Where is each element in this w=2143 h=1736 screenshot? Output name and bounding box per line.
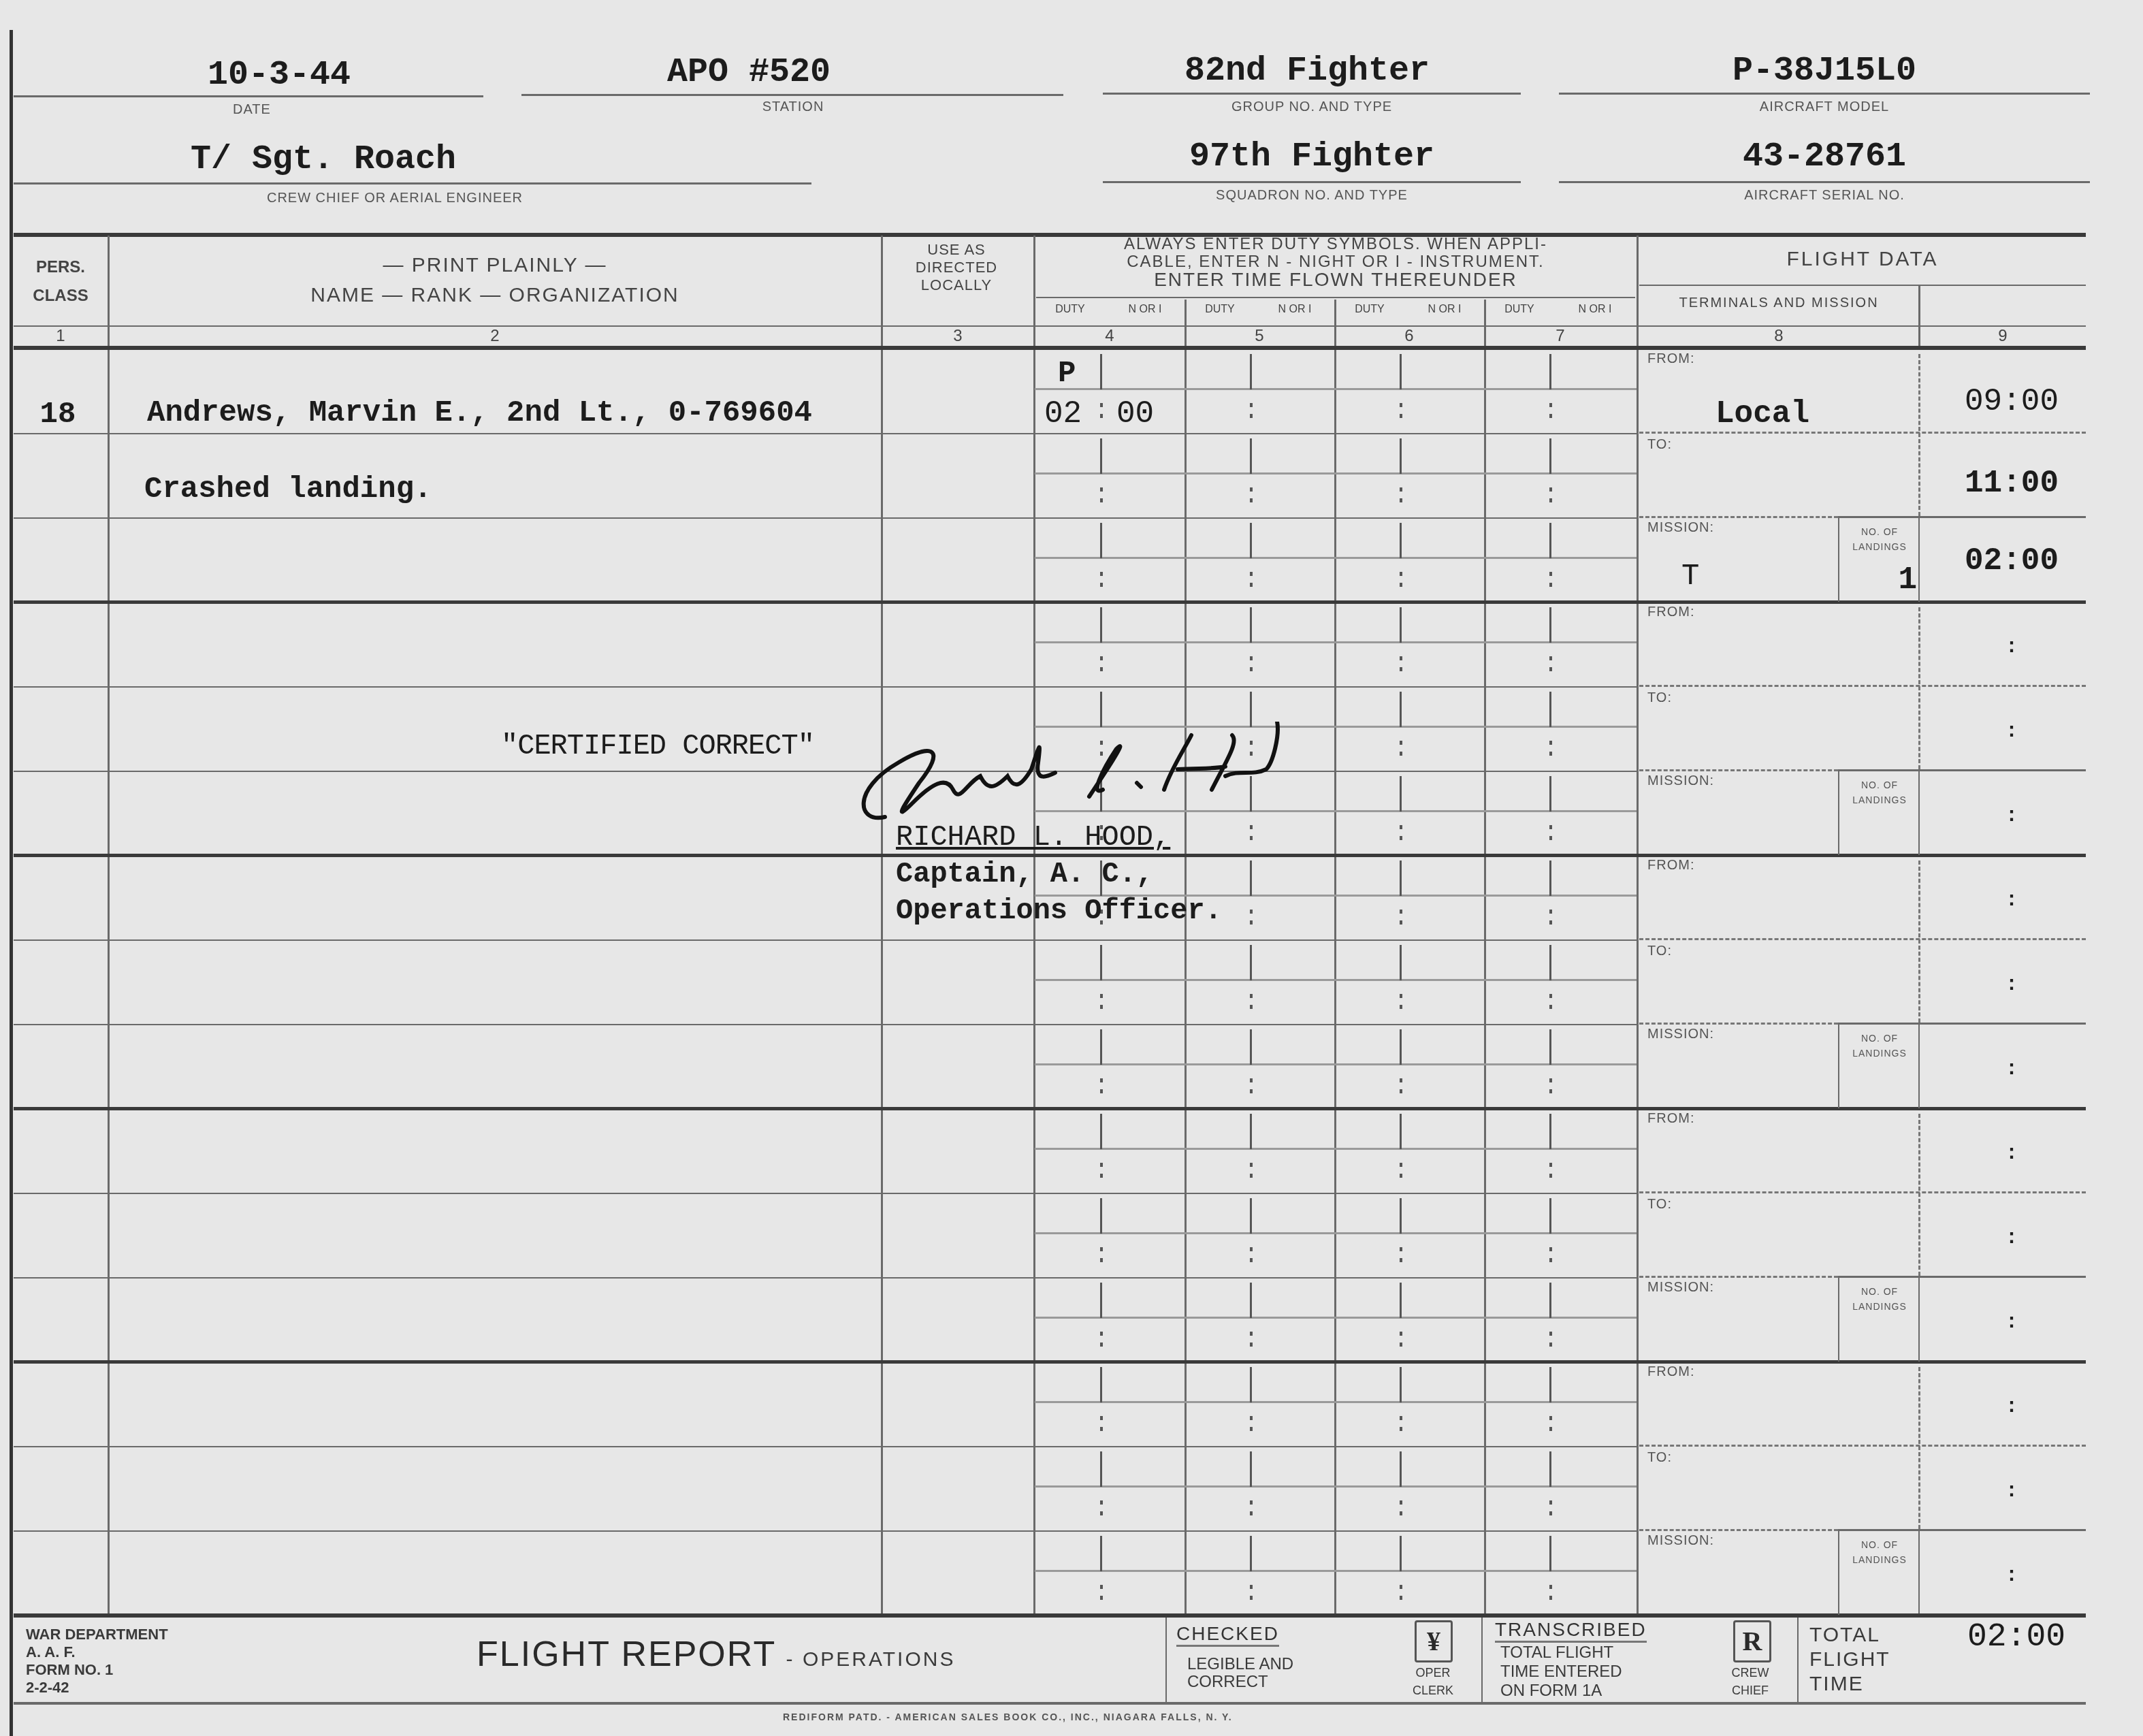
- nori-sub-5: N OR I: [1255, 304, 1334, 316]
- checked-label: CHECKED: [1176, 1623, 1279, 1647]
- col2-header-line1: — PRINT PLAINLY —: [109, 251, 881, 280]
- col3-header: USE AS DIRECTED LOCALLY: [892, 241, 1021, 294]
- crew-chief-value: T/ Sgt. Roach: [191, 140, 490, 179]
- form-title: FLIGHT REPORT - OPERATIONS: [477, 1634, 955, 1675]
- time-col-solid-divider: [1918, 1530, 1920, 1613]
- total-flight-time-label: TOTAL FLIGHT TIME: [1809, 1623, 1890, 1697]
- to-time: :: [1947, 720, 2076, 743]
- crew-chief-initial-box: R: [1733, 1620, 1771, 1662]
- transcribed-line-2: TIME ENTERED: [1500, 1662, 1622, 1682]
- from-to-divider: [1639, 938, 2086, 940]
- date-label: DATE: [163, 102, 340, 118]
- duty-instructions-line3: ENTER TIME FLOWN THEREUNDER: [1036, 271, 1635, 289]
- col2-divider: [881, 236, 883, 1615]
- nori-sub-7: N OR I: [1555, 304, 1635, 316]
- col-num-5: 5: [1185, 327, 1334, 346]
- date-line: [14, 95, 483, 97]
- mission-label: MISSION:: [1647, 773, 1714, 789]
- from-to-divider: [1639, 1191, 2086, 1193]
- form-title-main: FLIGHT REPORT: [477, 1635, 776, 1674]
- col2-header-line2: NAME — RANK — ORGANIZATION: [109, 280, 881, 310]
- dept-line-1: WAR DEPARTMENT: [26, 1626, 168, 1643]
- footer-bottom-line: [14, 1702, 2086, 1705]
- duty-sub-5: DUTY: [1186, 304, 1254, 316]
- to-label: TO:: [1647, 437, 1672, 453]
- col-num-8: 8: [1639, 327, 1918, 346]
- landings-divider: [1838, 771, 1839, 855]
- aircraft-serial-label: AIRCRAFT SERIAL NO.: [1559, 188, 2090, 204]
- total-line-2: FLIGHT: [1809, 1647, 1890, 1672]
- from-to-divider: [1639, 432, 2086, 434]
- crew-chief-line-2: CHIEF: [1720, 1682, 1781, 1699]
- duration-value: :: [1947, 805, 2076, 828]
- oper-clerk-line-1: OPER: [1402, 1664, 1464, 1682]
- from-time: :: [1947, 636, 2076, 659]
- to-label: TO:: [1647, 1197, 1672, 1212]
- group-line: [1103, 93, 1521, 95]
- dept-line-2: A. A. F.: [26, 1643, 168, 1661]
- squadron-value: 97th Fighter: [1103, 138, 1521, 176]
- form-id-block: WAR DEPARTMENT A. A. F. FORM NO. 1 2-2-4…: [26, 1626, 168, 1697]
- duty-sub-7: DUTY: [1485, 304, 1553, 316]
- crew-chief-label: CREW CHIEF: [1720, 1664, 1781, 1699]
- col7-divider: [1637, 236, 1639, 1615]
- landings-divider: [1838, 1024, 1839, 1108]
- station-value: APO #520: [613, 53, 885, 92]
- from-time: :: [1947, 1142, 2076, 1166]
- dept-line-3: FORM NO. 1: [26, 1661, 168, 1679]
- transcribed-text: TOTAL FLIGHT TIME ENTERED ON FORM 1A: [1500, 1643, 1622, 1701]
- mission-top-line: [1838, 1529, 2086, 1531]
- landings-label: NO. OF LANDINGS: [1842, 1537, 1917, 1567]
- aircraft-model-label: AIRCRAFT MODEL: [1559, 99, 2090, 115]
- duration-value: :: [1947, 1058, 2076, 1081]
- col-num-1: 1: [14, 327, 108, 346]
- to-label: TO:: [1647, 1450, 1672, 1466]
- transcribed-label: TRANSCRIBED: [1495, 1619, 1647, 1643]
- from-label: FROM:: [1647, 351, 1694, 367]
- total-line-1: TOTAL: [1809, 1623, 1890, 1647]
- time-col-divider: [1918, 1114, 1920, 1276]
- col-num-7: 7: [1484, 327, 1637, 346]
- duty-subheader-line: [1036, 297, 1635, 298]
- col1-divider: [108, 236, 110, 1615]
- time-col-divider: [1918, 607, 1920, 769]
- station-label: STATION: [722, 99, 865, 115]
- pers-class-value: 18: [20, 398, 95, 432]
- mission-label: MISSION:: [1647, 1533, 1714, 1549]
- from-time: 09:00: [1947, 384, 2076, 419]
- landings-label: NO. OF LANDINGS: [1842, 1284, 1917, 1314]
- remark-value: Crashed landing.: [144, 472, 432, 507]
- from-label: FROM:: [1647, 858, 1694, 873]
- squadron-line: [1103, 181, 1521, 183]
- from-value: Local: [1715, 396, 1809, 432]
- legible-line-1: LEGIBLE AND: [1187, 1656, 1293, 1673]
- from-to-divider: [1639, 685, 2086, 687]
- squadron-label: SQUADRON NO. AND TYPE: [1103, 188, 1521, 204]
- certified-correct-stamp: "CERTIFIED CORRECT": [501, 730, 814, 762]
- col1-header-line1: PERS.: [14, 253, 108, 282]
- from-label: FROM:: [1647, 1111, 1694, 1127]
- to-time: :: [1947, 1480, 2076, 1503]
- oper-clerk-initial-box: ¥: [1415, 1620, 1453, 1662]
- transcribed-line-1: TOTAL FLIGHT: [1500, 1643, 1622, 1662]
- group-value: 82nd Fighter: [1103, 52, 1511, 91]
- printer-imprint: REDIFORM PATD. - AMERICAN SALES BOOK CO.…: [783, 1711, 1233, 1722]
- col-num-9: 9: [1920, 327, 2086, 346]
- to-time: 11:00: [1947, 466, 2076, 501]
- mission-label: MISSION:: [1647, 1027, 1714, 1042]
- table-bottom-border: [14, 1613, 2086, 1618]
- checked-left-divider: [1165, 1618, 1167, 1702]
- col-num-3: 3: [882, 327, 1033, 346]
- legible-line-2: CORRECT: [1187, 1673, 1293, 1691]
- from-to-divider: [1639, 1445, 2086, 1447]
- landings-divider: [1838, 517, 1839, 602]
- from-time: :: [1947, 1396, 2076, 1419]
- mission-label: MISSION:: [1647, 1280, 1714, 1296]
- dept-line-4: 2-2-42: [26, 1679, 168, 1697]
- to-mission-divider: [1639, 1529, 1838, 1531]
- to-time: :: [1947, 1227, 2076, 1250]
- oper-clerk-line-2: CLERK: [1402, 1682, 1464, 1699]
- time-col-divider: [1918, 354, 1920, 516]
- col-num-6: 6: [1334, 327, 1484, 346]
- total-line-3: TIME: [1809, 1672, 1890, 1697]
- time-col-solid-divider: [1918, 1024, 1920, 1108]
- duty-sub-4: DUTY: [1036, 304, 1104, 316]
- mission-top-line: [1838, 1276, 2086, 1278]
- nori-sub-4: N OR I: [1106, 304, 1185, 316]
- landings-divider: [1838, 1277, 1839, 1362]
- legible-text: LEGIBLE AND CORRECT: [1187, 1656, 1293, 1691]
- duration-value: :: [1947, 1564, 2076, 1588]
- to-label: TO:: [1647, 944, 1672, 959]
- left-border: [10, 30, 13, 1736]
- col-num-4: 4: [1035, 327, 1185, 346]
- landings-label: NO. OF LANDINGS: [1842, 524, 1917, 554]
- group-label: GROUP NO. AND TYPE: [1103, 99, 1521, 115]
- oper-clerk-label: OPER CLERK: [1402, 1664, 1464, 1699]
- signer-name: RICHARD L. HOOD,: [896, 821, 1170, 854]
- col1-header-line2: CLASS: [14, 282, 108, 310]
- landings-label: NO. OF LANDINGS: [1842, 777, 1917, 807]
- mission-top-line: [1838, 516, 2086, 518]
- crew-chief-label: CREW CHIEF OR AERIAL ENGINEER: [204, 191, 585, 206]
- crew-chief-line: [14, 182, 811, 184]
- duty-sub-6: DUTY: [1336, 304, 1404, 316]
- landings-value: 1: [1842, 562, 1917, 598]
- duty-colons: [1035, 349, 1637, 1613]
- to-time: :: [1947, 974, 2076, 997]
- col1-header: PERS. CLASS: [14, 253, 108, 310]
- to-label: TO:: [1647, 690, 1672, 706]
- aircraft-serial-value: 43-28761: [1559, 138, 2090, 176]
- landings-label: NO. OF LANDINGS: [1842, 1031, 1917, 1061]
- mission-top-line: [1838, 769, 2086, 771]
- aircraft-model-line: [1559, 93, 2090, 95]
- from-time: :: [1947, 889, 2076, 912]
- to-mission-divider: [1639, 1023, 1838, 1025]
- total-flight-time-value: 02:00: [1967, 1619, 2065, 1656]
- duration-value: 02:00: [1947, 543, 2076, 579]
- time-col-solid-divider: [1918, 771, 1920, 855]
- station-line: [521, 94, 1063, 96]
- duty-instructions-line1: ALWAYS ENTER DUTY SYMBOLS. WHEN APPLI-: [1036, 236, 1635, 253]
- transcribed-line-3: ON FORM 1A: [1500, 1682, 1622, 1701]
- crew-chief-line-1: CREW: [1720, 1664, 1781, 1682]
- from-label: FROM:: [1647, 1364, 1694, 1380]
- col-num-2: 2: [109, 327, 881, 346]
- col2-header: — PRINT PLAINLY — NAME — RANK — ORGANIZA…: [109, 251, 881, 310]
- to-mission-divider: [1639, 516, 1838, 518]
- nori-sub-6: N OR I: [1405, 304, 1484, 316]
- signer-rank: Captain, A. C.,: [896, 858, 1153, 890]
- duration-value: :: [1947, 1311, 2076, 1334]
- mission-value: T: [1681, 560, 1699, 594]
- duty-time-hours: 02: [1044, 396, 1082, 432]
- mission-top-line: [1838, 1023, 2086, 1025]
- terminals-header: TERMINALS AND MISSION: [1639, 295, 1918, 311]
- name-rank-org-value: Andrews, Marvin E., 2nd Lt., 0-769604: [147, 396, 812, 430]
- total-left-divider: [1797, 1618, 1799, 1702]
- to-mission-divider: [1639, 1276, 1838, 1278]
- to-mission-divider: [1639, 769, 1838, 771]
- transcribed-left-divider: [1481, 1618, 1483, 1702]
- from-label: FROM:: [1647, 605, 1694, 620]
- flight-data-header: FLIGHT DATA: [1639, 248, 2086, 271]
- duty-instructions: ALWAYS ENTER DUTY SYMBOLS. WHEN APPLI- C…: [1036, 236, 1635, 289]
- flight-data-subheader-line: [1639, 285, 2086, 286]
- time-col-solid-divider: [1918, 1277, 1920, 1362]
- time-col-solid-divider: [1918, 517, 1920, 602]
- time-col-divider: [1918, 861, 1920, 1023]
- landings-divider: [1838, 1530, 1839, 1615]
- duty-symbol-value: P: [1058, 357, 1076, 391]
- date-value: 10-3-44: [163, 56, 395, 95]
- mission-label: MISSION:: [1647, 520, 1714, 536]
- time-col-divider: [1918, 1367, 1920, 1529]
- signer-title: Operations Officer.: [896, 895, 1222, 927]
- aircraft-serial-line: [1559, 181, 2090, 183]
- aircraft-model-value: P-38J15L0: [1559, 52, 2090, 91]
- duty-time-minutes: 00: [1116, 396, 1154, 432]
- form-title-sub: - OPERATIONS: [786, 1648, 956, 1671]
